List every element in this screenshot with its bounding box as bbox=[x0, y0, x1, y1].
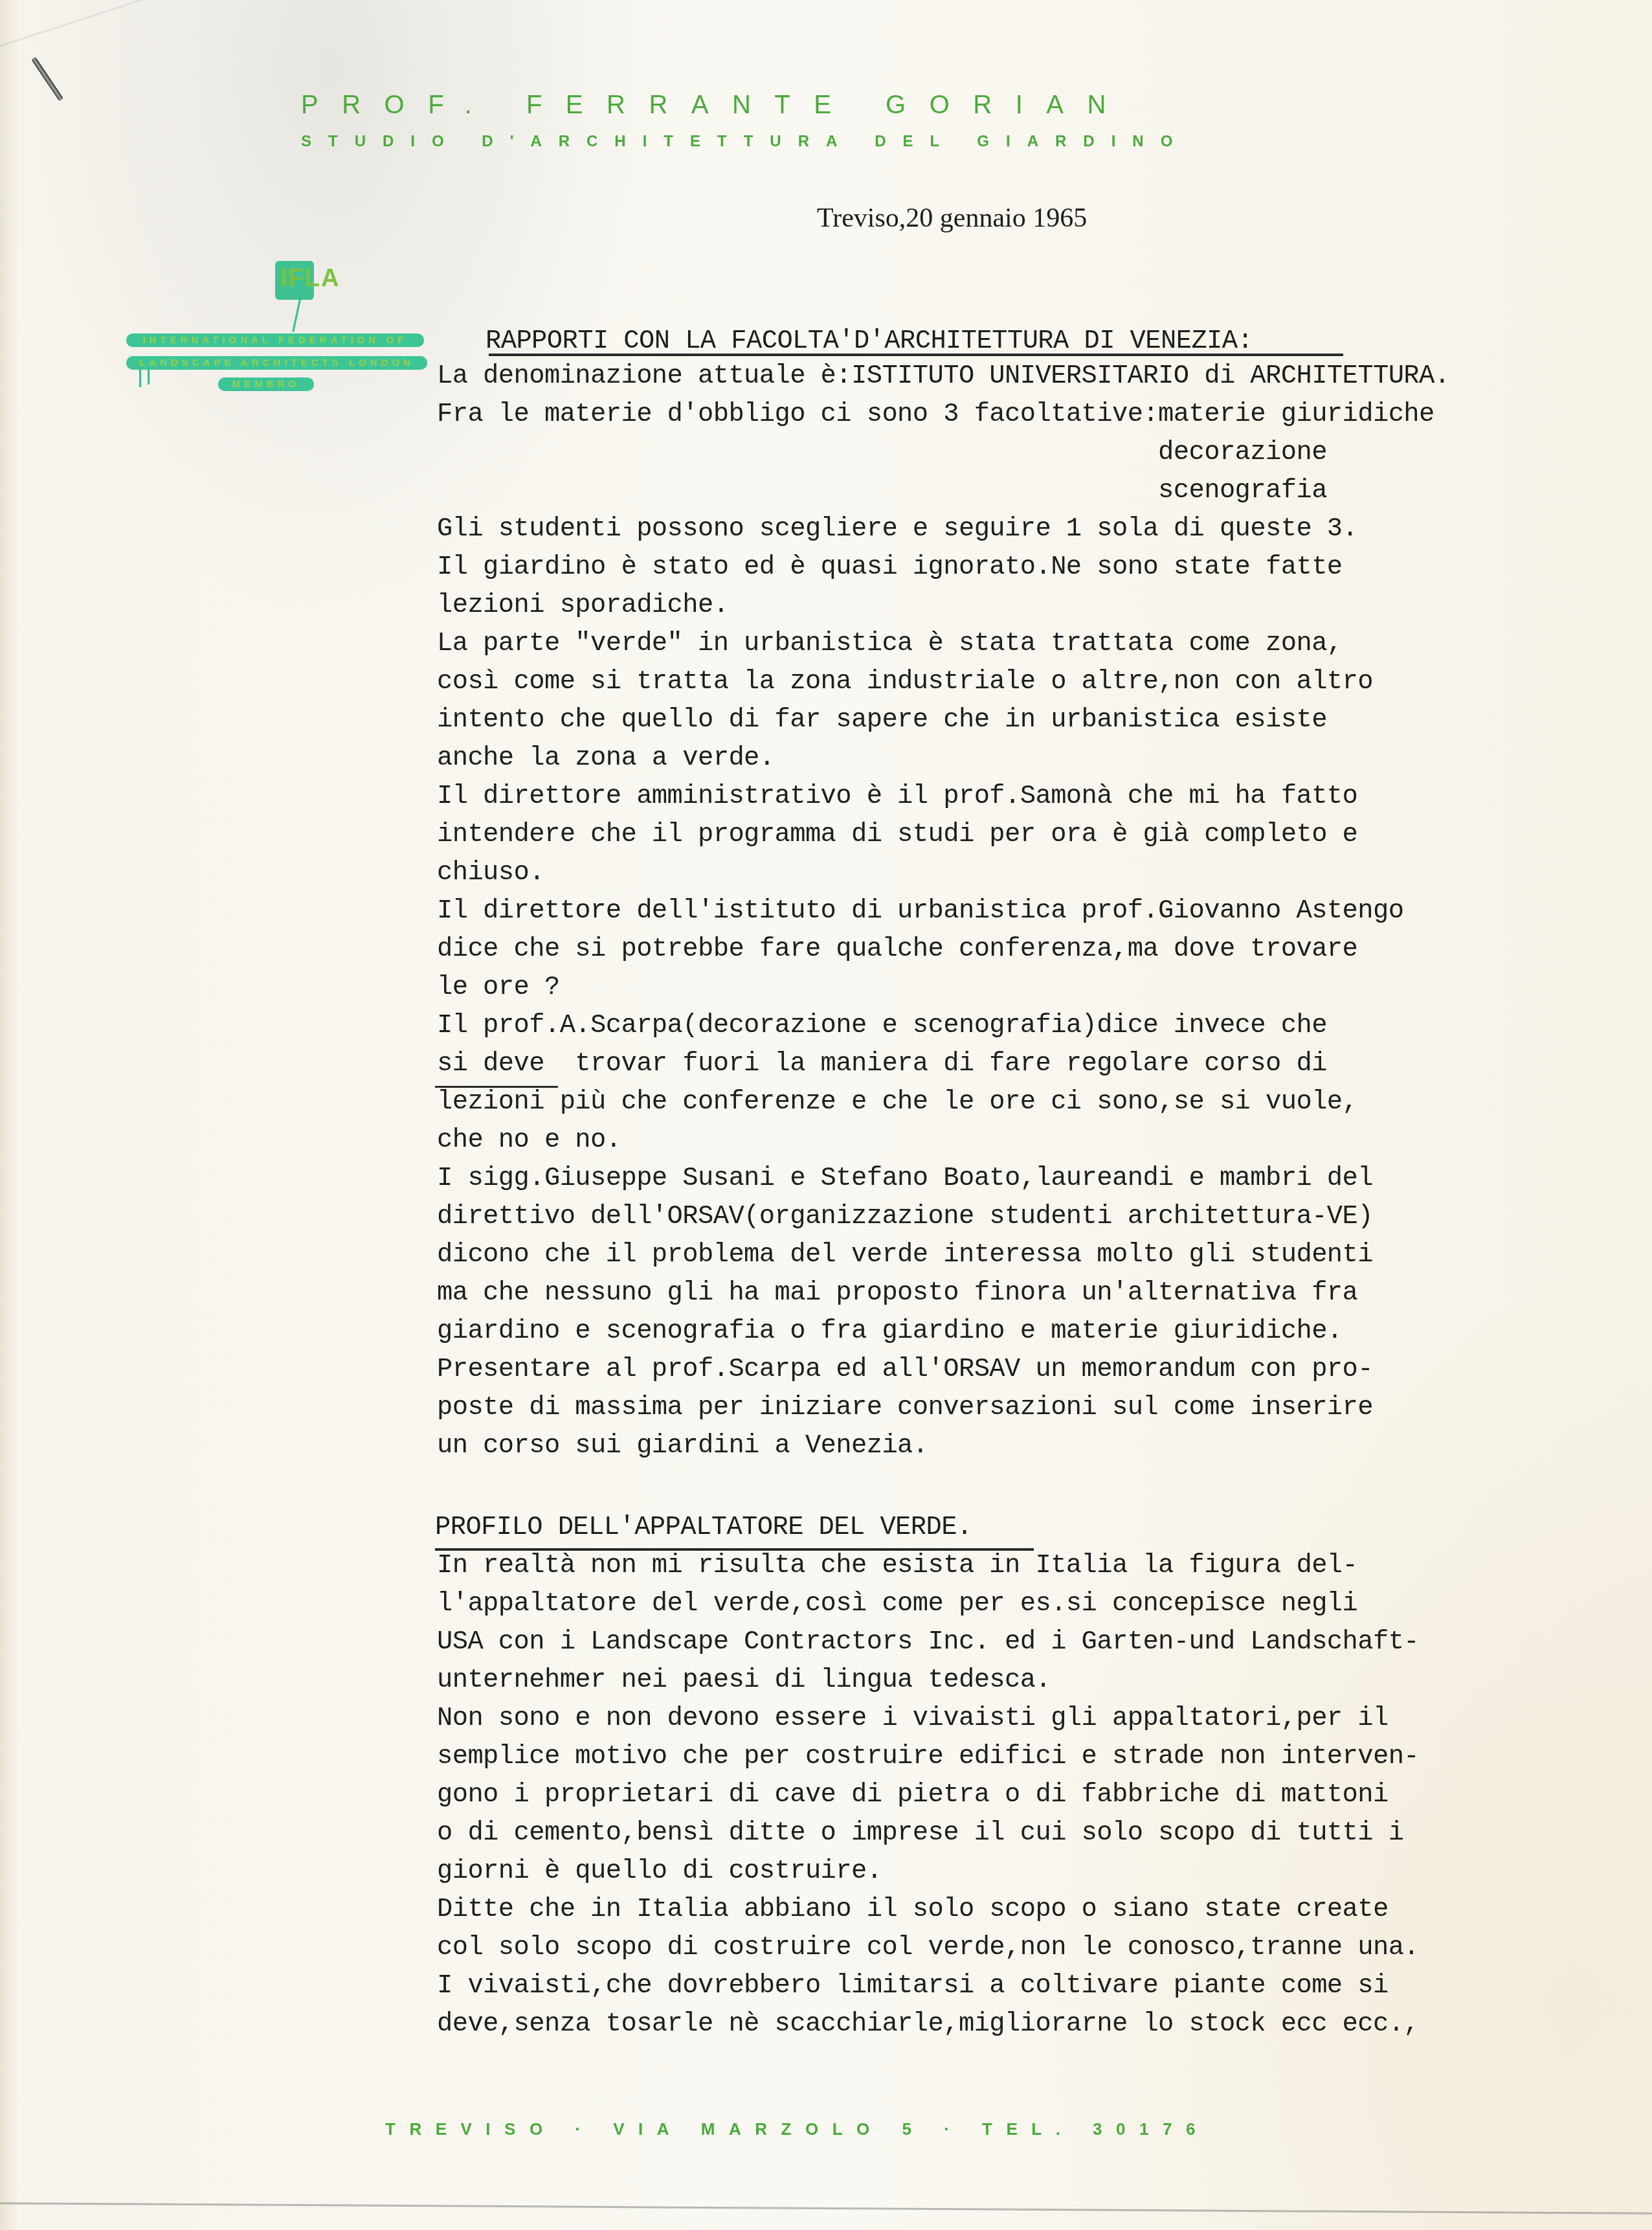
letterhead-name: PROF. FERRANTE GORIAN bbox=[301, 91, 1130, 120]
text-line: chiuso. bbox=[437, 854, 1449, 892]
text-line: giorni è quello di costruire. bbox=[437, 1853, 1419, 1891]
ink-drip bbox=[139, 366, 141, 387]
text-line: deve,senza tosarle nè scacchiarle,miglio… bbox=[437, 2005, 1419, 2044]
text-line: lezioni sporadiche. bbox=[437, 587, 1449, 625]
text-line: USA con i Landscape Contractors Inc. ed … bbox=[437, 1623, 1419, 1661]
text-line: semplice motivo che per costruire edific… bbox=[437, 1738, 1419, 1776]
text-line: ma che nessuno gli ha mai proposto finor… bbox=[437, 1274, 1449, 1312]
text-line: Il direttore amministrativo è il prof.Sa… bbox=[437, 778, 1449, 816]
text-line: La parte "verde" in urbanistica è stata … bbox=[437, 625, 1449, 663]
text-line: scenografia bbox=[437, 472, 1449, 510]
stamp-line-1: INTERNATIONAL FEDERATION OF bbox=[126, 333, 424, 347]
letterhead-subtitle: STUDIO D'ARCHITETTURA DEL GIARDINO bbox=[301, 133, 1189, 151]
text-line: così come si tratta la zona industriale … bbox=[437, 663, 1449, 701]
text-line: le ore ? bbox=[437, 969, 1449, 1007]
heading-underline bbox=[489, 354, 1343, 356]
staple-icon bbox=[31, 57, 63, 102]
text-line: Il direttore dell'istituto di urbanistic… bbox=[437, 892, 1449, 930]
text-line: In realtà non mi risulta che esista in I… bbox=[437, 1547, 1419, 1585]
text-line: Non sono e non devono essere i vivaisti … bbox=[437, 1700, 1419, 1738]
text-line: Presentare al prof.Scarpa ed all'ORSAV u… bbox=[437, 1351, 1449, 1389]
text-line: unternehmer nei paesi di lingua tedesca. bbox=[437, 1661, 1419, 1700]
section-heading-contractor: PROFILO DELL'APPALTATORE DEL VERDE. bbox=[435, 1509, 972, 1547]
text-line: intendere che il programma di studi per … bbox=[437, 816, 1449, 854]
ink-drip bbox=[148, 366, 150, 385]
text-line: I sigg.Giuseppe Susani e Stefano Boato,l… bbox=[437, 1160, 1449, 1198]
text-line: anche la zona a verde. bbox=[437, 739, 1449, 778]
text-line: giardino e scenografia o fra giardino e … bbox=[437, 1312, 1449, 1351]
text-line: si deve trovar fuori la maniera di fare … bbox=[437, 1045, 1449, 1083]
ifla-logo-text: IFLA bbox=[280, 265, 340, 293]
ifla-logo-icon: IFLA bbox=[275, 261, 314, 300]
paper-edge bbox=[0, 2202, 1652, 2214]
text-line: decorazione bbox=[437, 434, 1449, 472]
text-line: I vivaisti,che dovrebbero limitarsi a co… bbox=[437, 1967, 1419, 2005]
emphasis-underline bbox=[435, 1086, 558, 1088]
text-line: Ditte che in Italia abbiano il solo scop… bbox=[437, 1891, 1419, 1929]
letterhead-footer-address: TREVISO · VIA MARZOLO 5 · TEL. 30176 bbox=[385, 2119, 1209, 2139]
text-line: Gli studenti possono scegliere e seguire… bbox=[437, 510, 1449, 548]
text-line: Fra le materie d'obbligo ci sono 3 facol… bbox=[437, 396, 1449, 434]
text-line: col solo scopo di costruire col verde,no… bbox=[437, 1929, 1419, 1967]
text-line: dice che si potrebbe fare qualche confer… bbox=[437, 930, 1449, 969]
section-body-faculty: La denominazione attuale è:ISTITUTO UNIV… bbox=[437, 357, 1449, 1465]
stamp-line-3: MEMBRO bbox=[218, 377, 314, 391]
date-line: Treviso,20 gennaio 1965 bbox=[817, 203, 1087, 234]
section-body-contractor: In realtà non mi risulta che esista in I… bbox=[437, 1547, 1419, 2044]
text-line: poste di massima per iniziare conversazi… bbox=[437, 1389, 1449, 1427]
text-line: intento che quello di far sapere che in … bbox=[437, 701, 1449, 739]
text-line: dicono che il problema del verde interes… bbox=[437, 1236, 1449, 1274]
text-line: La denominazione attuale è:ISTITUTO UNIV… bbox=[437, 357, 1449, 396]
stamp-line-2: LANDSCAPE ARCHITECTS LONDON bbox=[126, 356, 427, 370]
text-line: o di cemento,bensì ditte o imprese il cu… bbox=[437, 1814, 1419, 1853]
text-line: Il prof.A.Scarpa(decorazione e scenograf… bbox=[437, 1007, 1449, 1045]
paper-crease bbox=[0, 0, 382, 47]
text-line: che no e no. bbox=[437, 1121, 1449, 1160]
ifla-member-stamp: IFLA INTERNATIONAL FEDERATION OF LANDSCA… bbox=[126, 258, 427, 387]
text-line: gono i proprietari di cave di pietra o d… bbox=[437, 1776, 1419, 1814]
text-line: direttivo dell'ORSAV(organizzazione stud… bbox=[437, 1198, 1449, 1236]
text-line: l'appaltatore del verde,così come per es… bbox=[437, 1585, 1419, 1623]
text-line: lezioni più che conferenze e che le ore … bbox=[437, 1083, 1449, 1121]
text-line: un corso sui giardini a Venezia. bbox=[437, 1427, 1449, 1465]
ink-drip bbox=[292, 297, 301, 332]
text-line: Il giardino è stato ed è quasi ignorato.… bbox=[437, 548, 1449, 587]
